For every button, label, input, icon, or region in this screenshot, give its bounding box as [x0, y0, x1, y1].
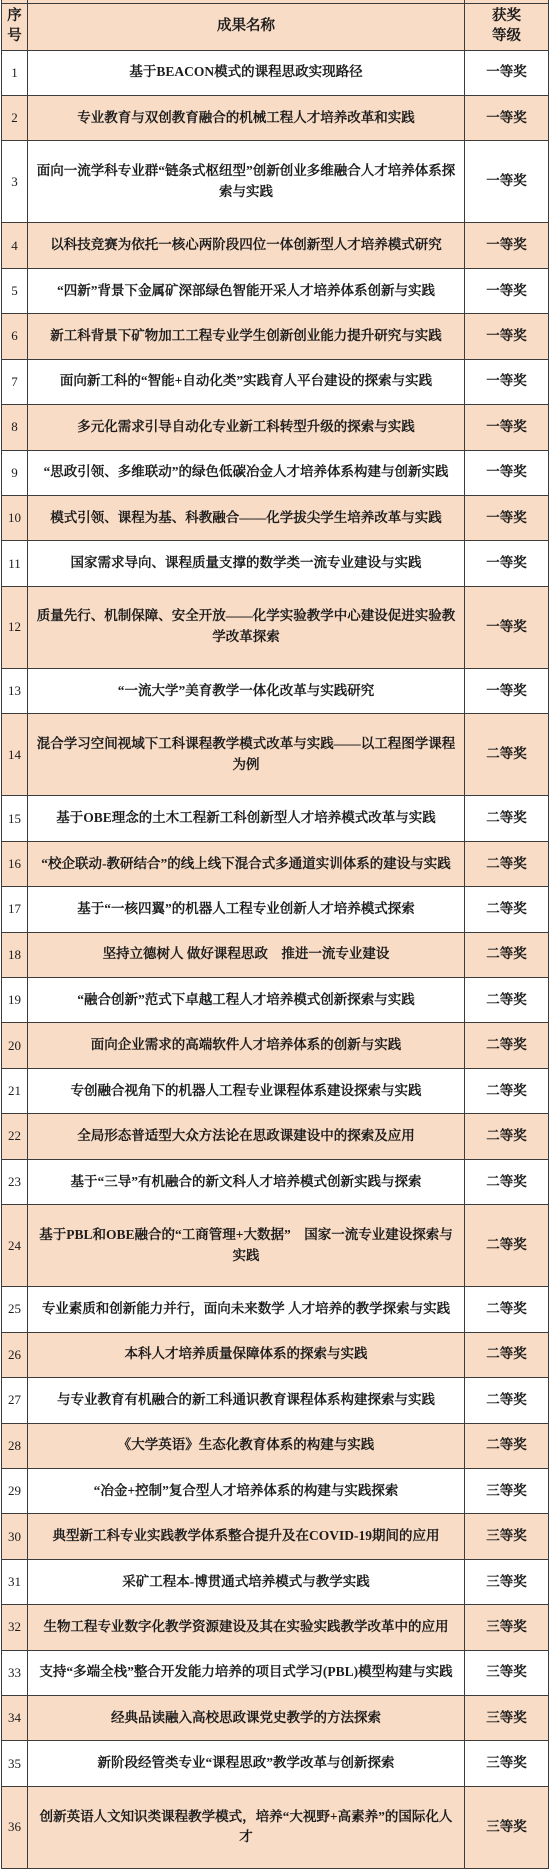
cell-award: 二等奖 — [465, 1378, 549, 1423]
cell-award: 二等奖 — [465, 1332, 549, 1377]
table-row: 28《大学英语》生态化教育体系的构建与实践二等奖 — [2, 1423, 549, 1468]
header-col-award: 获奖 等级 — [465, 3, 549, 50]
table-row: 22全局形态普适型大众方法论在思政课建设中的探索及应用二等奖 — [2, 1114, 549, 1159]
cell-award: 一等奖 — [465, 223, 549, 268]
table-header-row: 序 号 成果名称 获奖 等级 — [2, 3, 549, 50]
cell-no: 6 — [2, 314, 28, 359]
table-row: 26本科人才培养质量保障体系的探索与实践二等奖 — [2, 1332, 549, 1377]
cell-no: 33 — [2, 1650, 28, 1695]
cell-name: 《大学英语》生态化教育体系的构建与实践 — [28, 1423, 465, 1468]
cell-name: 专业素质和创新能力并行，面向未来数学 人才培养的教学探索与实践 — [28, 1287, 465, 1332]
table-row: 9“思政引领、多维联动”的绿色低碳冶金人才培养体系构建与创新实践一等奖 — [2, 450, 549, 495]
cell-name: 面向企业需求的高端软件人才培养体系的创新与实践 — [28, 1023, 465, 1068]
cell-no: 10 — [2, 495, 28, 540]
cell-no: 34 — [2, 1696, 28, 1741]
cell-award: 二等奖 — [465, 1423, 549, 1468]
cell-name: “校企联动-教研结合”的线上线下混合式多通道实训体系的建设与实践 — [28, 841, 465, 886]
cell-no: 3 — [2, 141, 28, 223]
cell-no: 36 — [2, 1786, 28, 1868]
table-row: 14混合学习空间视域下工科课程教学模式改革与实践——以工程图学课程为例二等奖 — [2, 714, 549, 796]
award-table-page: 序 号 成果名称 获奖 等级 1基于BEACON模式的课程思政实现路径一等奖2专… — [0, 0, 549, 1871]
cell-award: 二等奖 — [465, 841, 549, 886]
cell-no: 1 — [2, 50, 28, 95]
cell-award: 三等奖 — [465, 1786, 549, 1868]
cell-name: “四新”背景下金属矿深部绿色智能开采人才培养体系创新与实践 — [28, 268, 465, 313]
cell-name: 经典品读融入高校思政课党史教学的方法探索 — [28, 1696, 465, 1741]
cell-name: 专创融合视角下的机器人工程专业课程体系建设探索与实践 — [28, 1068, 465, 1113]
table-row: 13“一流大学”美育教学一体化改革与实践研究一等奖 — [2, 668, 549, 713]
table-row: 15基于OBE理念的土木工程新工科创新型人才培养模式改革与实践二等奖 — [2, 796, 549, 841]
cell-award: 二等奖 — [465, 1023, 549, 1068]
cell-no: 2 — [2, 95, 28, 140]
cell-no: 19 — [2, 978, 28, 1023]
cell-name: 坚持立德树人 做好课程思政 推进一流专业建设 — [28, 932, 465, 977]
cell-no: 13 — [2, 668, 28, 713]
cell-no: 30 — [2, 1514, 28, 1559]
cell-no: 17 — [2, 887, 28, 932]
table-row: 17基于“一核四翼”的机器人工程专业创新人才培养模式探索二等奖 — [2, 887, 549, 932]
cell-no: 9 — [2, 450, 28, 495]
cell-name: 新工科背景下矿物加工工程专业学生创新创业能力提升研究与实践 — [28, 314, 465, 359]
cell-no: 11 — [2, 541, 28, 586]
cell-no: 20 — [2, 1023, 28, 1068]
table-row: 24基于PBL和OBE融合的“工商管理+大数据” 国家一流专业建设探索与实践二等… — [2, 1205, 549, 1287]
cell-name: 典型新工科专业实践教学体系整合提升及在COVID-19期间的应用 — [28, 1514, 465, 1559]
table-row: 31采矿工程本-博贯通式培养模式与教学实践三等奖 — [2, 1559, 549, 1604]
cell-award: 二等奖 — [465, 1114, 549, 1159]
cell-name: 与专业教育有机融合的新工科通识教育课程体系构建探索与实践 — [28, 1378, 465, 1423]
cell-name: 采矿工程本-博贯通式培养模式与教学实践 — [28, 1559, 465, 1604]
cell-no: 35 — [2, 1741, 28, 1786]
cell-no: 26 — [2, 1332, 28, 1377]
table-row: 30典型新工科专业实践教学体系整合提升及在COVID-19期间的应用三等奖 — [2, 1514, 549, 1559]
cell-no: 8 — [2, 405, 28, 450]
cell-no: 18 — [2, 932, 28, 977]
table-body: 1基于BEACON模式的课程思政实现路径一等奖2专业教育与双创教育融合的机械工程… — [2, 50, 549, 1869]
cell-award: 一等奖 — [465, 359, 549, 404]
cell-award: 三等奖 — [465, 1605, 549, 1650]
table-row: 8多元化需求引导自动化专业新工科转型升级的探索与实践一等奖 — [2, 405, 549, 450]
cell-award: 三等奖 — [465, 1468, 549, 1513]
cell-no: 14 — [2, 714, 28, 796]
cell-award: 一等奖 — [465, 141, 549, 223]
table-row: 16“校企联动-教研结合”的线上线下混合式多通道实训体系的建设与实践二等奖 — [2, 841, 549, 886]
table-row: 3面向一流学科专业群“链条式枢纽型”创新创业多维融合人才培养体系探索与实践一等奖 — [2, 141, 549, 223]
cell-award: 三等奖 — [465, 1696, 549, 1741]
table-row: 27与专业教育有机融合的新工科通识教育课程体系构建探索与实践二等奖 — [2, 1378, 549, 1423]
cell-award: 一等奖 — [465, 541, 549, 586]
cell-name: 面向新工科的“智能+自动化类”实践育人平台建设的探索与实践 — [28, 359, 465, 404]
cell-no: 25 — [2, 1287, 28, 1332]
cell-name: 基于“三导”有机融合的新文科人才培养模式创新实践与探索 — [28, 1159, 465, 1204]
cell-name: 基于OBE理念的土木工程新工科创新型人才培养模式改革与实践 — [28, 796, 465, 841]
cell-name: “冶金+控制”复合型人才培养体系的构建与实践探索 — [28, 1468, 465, 1513]
cell-award: 三等奖 — [465, 1650, 549, 1695]
cell-name: “思政引领、多维联动”的绿色低碳冶金人才培养体系构建与创新实践 — [28, 450, 465, 495]
cell-award: 二等奖 — [465, 1159, 549, 1204]
cell-award: 二等奖 — [465, 1287, 549, 1332]
cell-name: 专业教育与双创教育融合的机械工程人才培养改革和实践 — [28, 95, 465, 140]
cell-name: 基于“一核四翼”的机器人工程专业创新人才培养模式探索 — [28, 887, 465, 932]
cell-no: 16 — [2, 841, 28, 886]
award-table: 序 号 成果名称 获奖 等级 1基于BEACON模式的课程思政实现路径一等奖2专… — [1, 0, 549, 1869]
cell-award: 二等奖 — [465, 1068, 549, 1113]
table-row: 20面向企业需求的高端软件人才培养体系的创新与实践二等奖 — [2, 1023, 549, 1068]
cell-name: 本科人才培养质量保障体系的探索与实践 — [28, 1332, 465, 1377]
header-col-no: 序 号 — [2, 3, 28, 50]
cell-name: 新阶段经管类专业“课程思政”教学改革与创新探索 — [28, 1741, 465, 1786]
cell-award: 二等奖 — [465, 932, 549, 977]
cell-no: 27 — [2, 1378, 28, 1423]
cell-name: 支持“多端全栈”整合开发能力培养的项目式学习(PBL)模型构建与实践 — [28, 1650, 465, 1695]
table-row: 7面向新工科的“智能+自动化类”实践育人平台建设的探索与实践一等奖 — [2, 359, 549, 404]
cell-award: 三等奖 — [465, 1559, 549, 1604]
cell-award: 三等奖 — [465, 1514, 549, 1559]
table-row: 18坚持立德树人 做好课程思政 推进一流专业建设二等奖 — [2, 932, 549, 977]
table-row: 10模式引领、课程为基、科教融合——化学拔尖学生培养改革与实践一等奖 — [2, 495, 549, 540]
table-row: 33支持“多端全栈”整合开发能力培养的项目式学习(PBL)模型构建与实践三等奖 — [2, 1650, 549, 1695]
cell-name: 多元化需求引导自动化专业新工科转型升级的探索与实践 — [28, 405, 465, 450]
cell-no: 32 — [2, 1605, 28, 1650]
cell-no: 21 — [2, 1068, 28, 1113]
table-row: 29“冶金+控制”复合型人才培养体系的构建与实践探索三等奖 — [2, 1468, 549, 1513]
cell-award: 三等奖 — [465, 1741, 549, 1786]
cell-name: 模式引领、课程为基、科教融合——化学拔尖学生培养改革与实践 — [28, 495, 465, 540]
table-row: 19“融合创新”范式下卓越工程人才培养模式创新探索与实践二等奖 — [2, 978, 549, 1023]
cell-no: 29 — [2, 1468, 28, 1513]
cell-award: 一等奖 — [465, 495, 549, 540]
cell-name: “融合创新”范式下卓越工程人才培养模式创新探索与实践 — [28, 978, 465, 1023]
cell-no: 4 — [2, 223, 28, 268]
table-row: 34经典品读融入高校思政课党史教学的方法探索三等奖 — [2, 1696, 549, 1741]
cell-award: 一等奖 — [465, 50, 549, 95]
cell-award: 一等奖 — [465, 450, 549, 495]
table-row: 6新工科背景下矿物加工工程专业学生创新创业能力提升研究与实践一等奖 — [2, 314, 549, 359]
table-row: 4以科技竞赛为依托一核心两阶段四位一体创新型人才培养模式研究一等奖 — [2, 223, 549, 268]
cell-name: 生物工程专业数字化教学资源建设及其在实验实践教学改革中的应用 — [28, 1605, 465, 1650]
cell-name: 以科技竞赛为依托一核心两阶段四位一体创新型人才培养模式研究 — [28, 223, 465, 268]
cell-award: 二等奖 — [465, 714, 549, 796]
table-row: 25专业素质和创新能力并行，面向未来数学 人才培养的教学探索与实践二等奖 — [2, 1287, 549, 1332]
table-row: 23基于“三导”有机融合的新文科人才培养模式创新实践与探索二等奖 — [2, 1159, 549, 1204]
cell-award: 一等奖 — [465, 95, 549, 140]
cell-no: 12 — [2, 586, 28, 668]
table-row: 12质量先行、机制保障、安全开放——化学实验教学中心建设促进实验教学改革探索一等… — [2, 586, 549, 668]
cell-name: 基于BEACON模式的课程思政实现路径 — [28, 50, 465, 95]
cell-award: 二等奖 — [465, 978, 549, 1023]
cell-no: 23 — [2, 1159, 28, 1204]
table-row: 5“四新”背景下金属矿深部绿色智能开采人才培养体系创新与实践一等奖 — [2, 268, 549, 313]
cell-award: 二等奖 — [465, 887, 549, 932]
cell-name: 国家需求导向、课程质量支撑的数学类一流专业建设与实践 — [28, 541, 465, 586]
cell-award: 二等奖 — [465, 1205, 549, 1287]
cell-no: 5 — [2, 268, 28, 313]
cell-award: 一等奖 — [465, 586, 549, 668]
table-row: 21专创融合视角下的机器人工程专业课程体系建设探索与实践二等奖 — [2, 1068, 549, 1113]
cell-name: 混合学习空间视域下工科课程教学模式改革与实践——以工程图学课程为例 — [28, 714, 465, 796]
cell-no: 28 — [2, 1423, 28, 1468]
table-row: 2专业教育与双创教育融合的机械工程人才培养改革和实践一等奖 — [2, 95, 549, 140]
cell-award: 一等奖 — [465, 668, 549, 713]
cell-name: 基于PBL和OBE融合的“工商管理+大数据” 国家一流专业建设探索与实践 — [28, 1205, 465, 1287]
table-row: 35新阶段经管类专业“课程思政”教学改革与创新探索三等奖 — [2, 1741, 549, 1786]
table-row: 36创新英语人文知识类课程教学模式，培养“大视野+高素养”的国际化人才三等奖 — [2, 1786, 549, 1868]
cell-award: 一等奖 — [465, 405, 549, 450]
cell-no: 31 — [2, 1559, 28, 1604]
table-row: 32生物工程专业数字化教学资源建设及其在实验实践教学改革中的应用三等奖 — [2, 1605, 549, 1650]
cell-name: 创新英语人文知识类课程教学模式，培养“大视野+高素养”的国际化人才 — [28, 1786, 465, 1868]
cell-no: 22 — [2, 1114, 28, 1159]
cell-name: “一流大学”美育教学一体化改革与实践研究 — [28, 668, 465, 713]
cell-name: 质量先行、机制保障、安全开放——化学实验教学中心建设促进实验教学改革探索 — [28, 586, 465, 668]
cell-name: 面向一流学科专业群“链条式枢纽型”创新创业多维融合人才培养体系探索与实践 — [28, 141, 465, 223]
table-row: 1基于BEACON模式的课程思政实现路径一等奖 — [2, 50, 549, 95]
cell-award: 一等奖 — [465, 314, 549, 359]
header-col-name: 成果名称 — [28, 3, 465, 50]
cell-no: 15 — [2, 796, 28, 841]
cell-award: 一等奖 — [465, 268, 549, 313]
table-row: 11国家需求导向、课程质量支撑的数学类一流专业建设与实践一等奖 — [2, 541, 549, 586]
cell-no: 24 — [2, 1205, 28, 1287]
cell-no: 7 — [2, 359, 28, 404]
cell-name: 全局形态普适型大众方法论在思政课建设中的探索及应用 — [28, 1114, 465, 1159]
cell-award: 二等奖 — [465, 796, 549, 841]
